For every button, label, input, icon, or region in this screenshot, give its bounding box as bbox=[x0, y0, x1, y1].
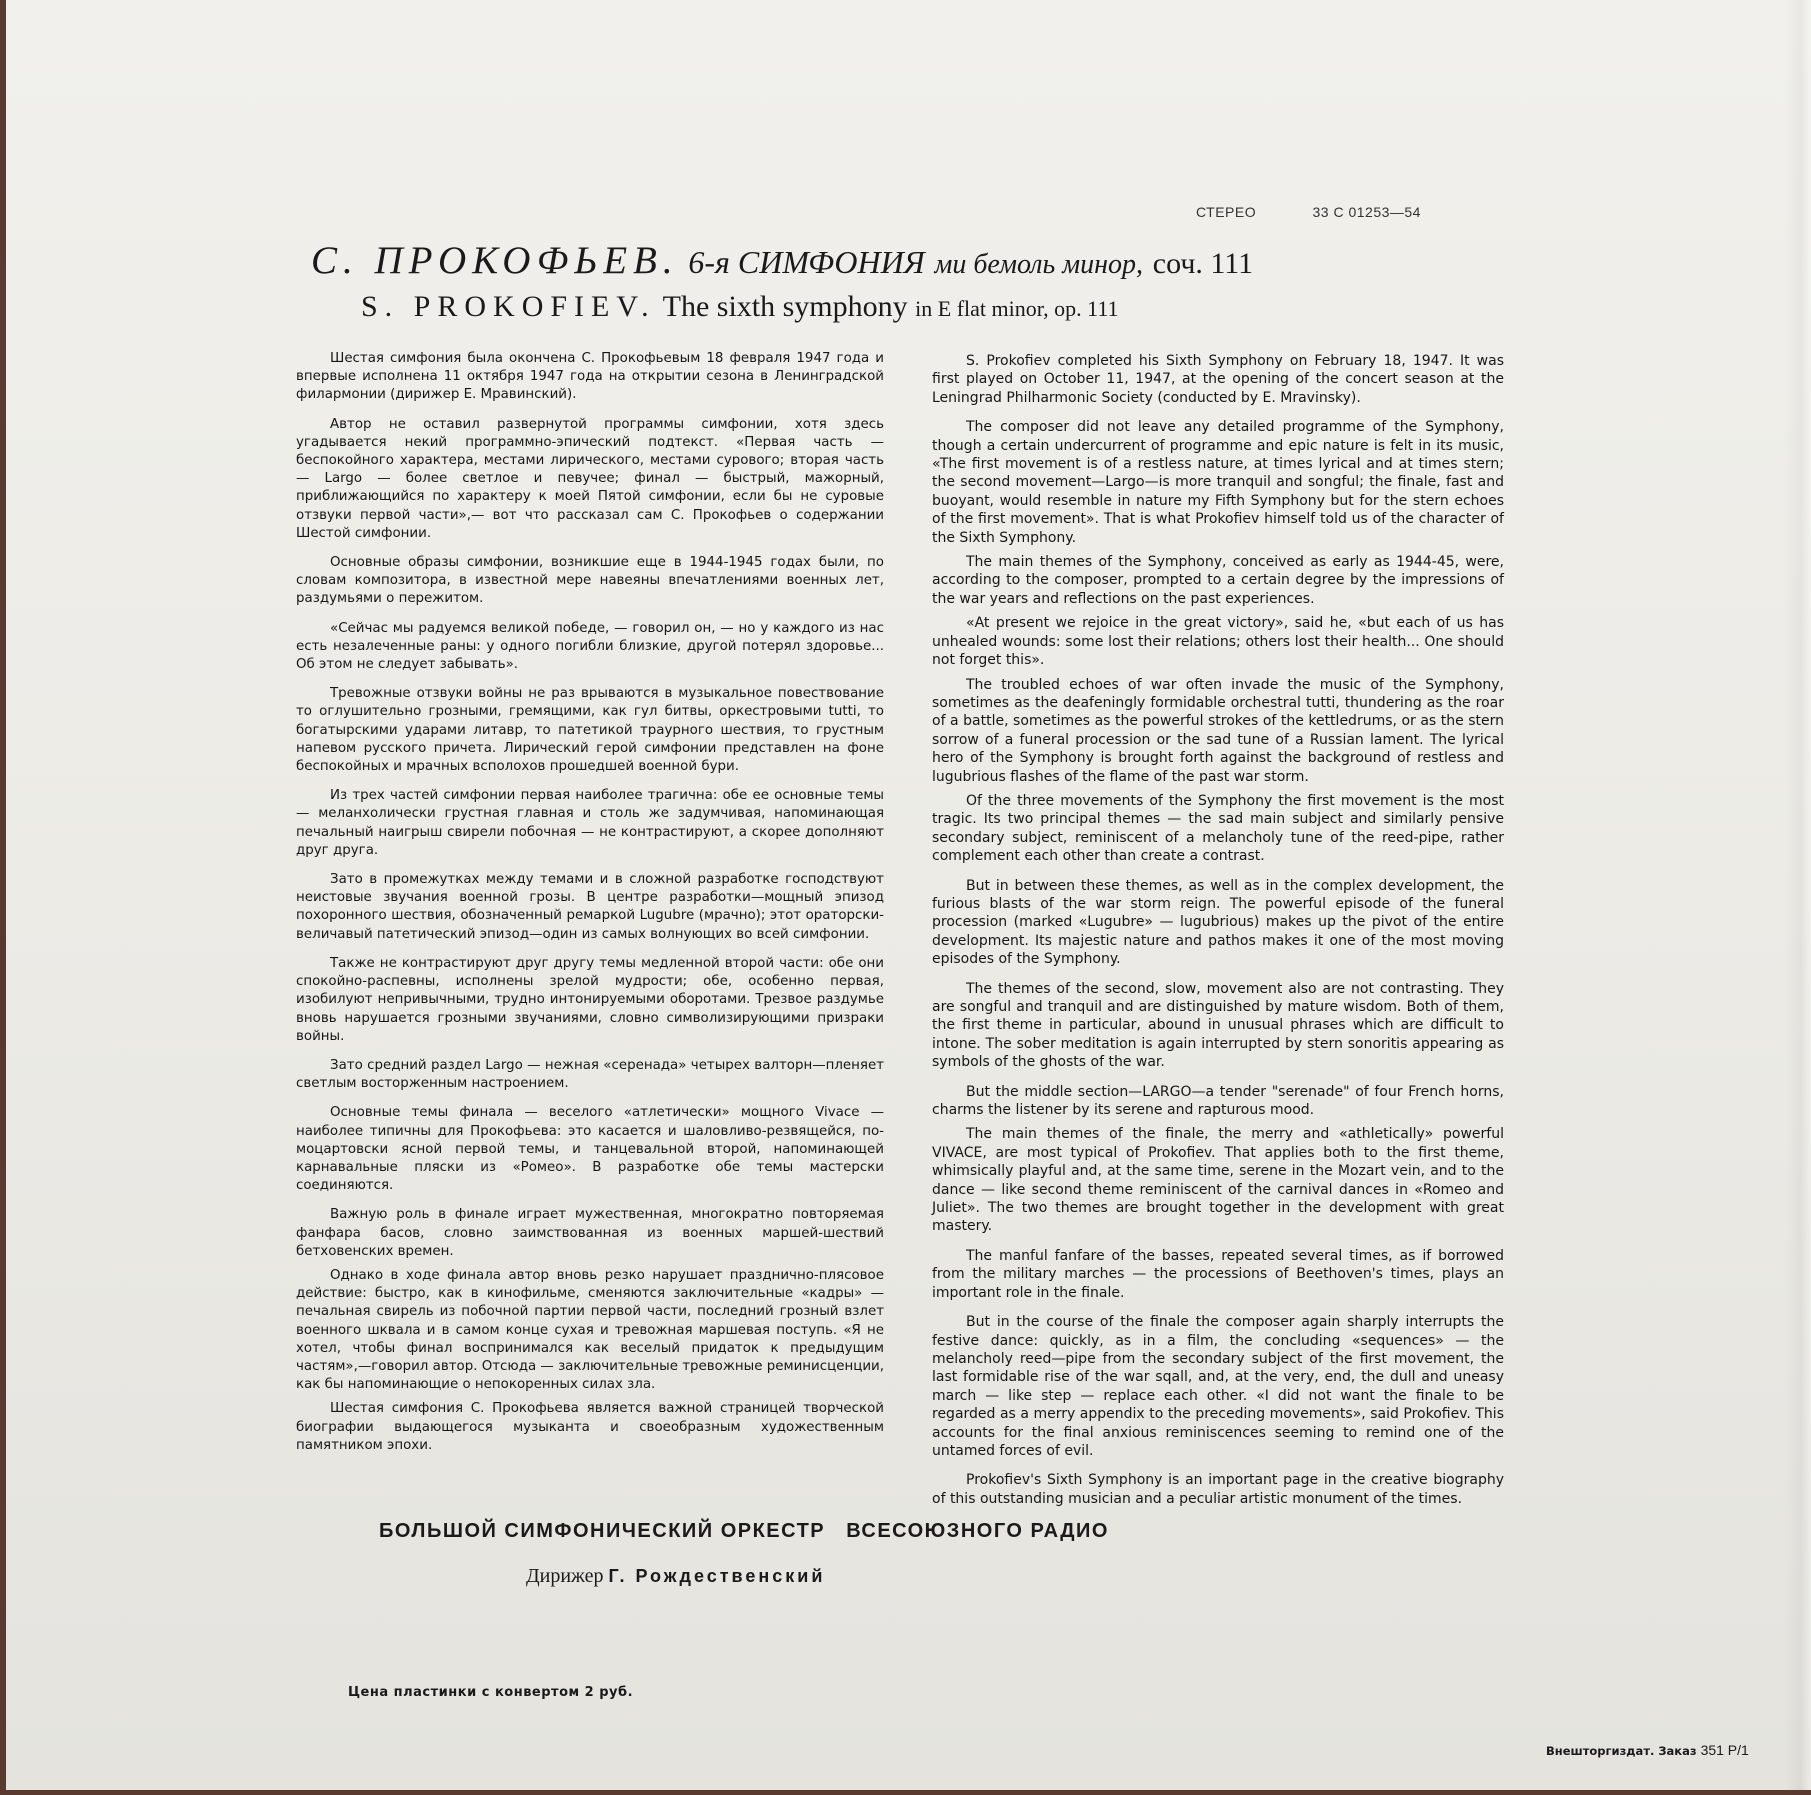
paragraph: Однако в ходе финала автор вновь резко н… bbox=[296, 1267, 884, 1394]
paragraph: «At present we rejoice in the great vict… bbox=[932, 614, 1504, 669]
title-russian: С. ПРОКОФЬЕВ. 6-я СИМФОНИЯ ми бемоль мин… bbox=[311, 238, 1486, 283]
order-code: 351 Р/1 bbox=[1701, 1742, 1749, 1758]
publisher-imprint: Внешторгиздат. Заказ 351 Р/1 bbox=[1546, 1742, 1749, 1758]
paragraph: Основные темы финала — веселого «атлетич… bbox=[296, 1104, 884, 1195]
key-en: in E flat minor, op. 111 bbox=[915, 296, 1118, 321]
format-label: СТЕРЕО bbox=[1196, 204, 1256, 220]
publisher-name: Внешторгиздат. Заказ bbox=[1546, 1744, 1697, 1758]
composer-ru: С. ПРОКОФЬЕВ. bbox=[311, 239, 679, 282]
paragraph: Шестая симфония С. Прокофьева является в… bbox=[296, 1400, 884, 1455]
paragraph: Важную роль в финале играет мужественная… bbox=[296, 1206, 884, 1261]
paragraph: The composer did not leave any detailed … bbox=[932, 418, 1504, 547]
record-sleeve-back: СТЕРЕО 33 С 01253—54 С. ПРОКОФЬЕВ. 6-я С… bbox=[6, 0, 1811, 1790]
paragraph: Автор не оставил развернутой программы с… bbox=[296, 416, 884, 543]
work-en: The sixth symphony bbox=[663, 290, 908, 323]
opus-ru: соч. 111 bbox=[1153, 247, 1253, 280]
key-ru: ми бемоль минор, bbox=[934, 249, 1143, 280]
paragraph: Из трех частей симфонии первая наиболее … bbox=[296, 787, 884, 860]
paragraph: Основные образы симфонии, возникшие еще … bbox=[296, 554, 884, 609]
paragraph: But the middle section—LARGO—a tender "s… bbox=[932, 1083, 1504, 1120]
paragraph: Зато средний раздел Largo — нежная «сере… bbox=[296, 1057, 884, 1093]
paragraph: «Сейчас мы радуемся великой победе, — го… bbox=[296, 620, 884, 675]
catalog-number: 33 С 01253—54 bbox=[1313, 204, 1421, 220]
liner-notes-russian: Шестая симфония была окончена С. Прокофь… bbox=[296, 350, 884, 1466]
paragraph: Также не контрастируют друг другу темы м… bbox=[296, 955, 884, 1046]
price-note: Цена пластинки с конвертом 2 руб. bbox=[348, 1685, 633, 1700]
conductor-name: Г. Рождественский bbox=[608, 1566, 825, 1586]
conductor-credit: Дирижер Г. Рождественский bbox=[526, 1565, 825, 1588]
orchestra-credit: БОЛЬШОЙ СИМФОНИЧЕСКИЙ ОРКЕСТР ВСЕСОЮЗНОГ… bbox=[379, 1520, 1109, 1543]
paragraph: The troubled echoes of war often invade … bbox=[932, 676, 1504, 786]
paragraph: Тревожные отзвуки войны не раз врываются… bbox=[296, 685, 884, 776]
paragraph: The main themes of the Symphony, conceiv… bbox=[932, 553, 1504, 608]
paragraph: Prokofiev's Sixth Symphony is an importa… bbox=[932, 1471, 1504, 1508]
paragraph: But in the course of the finale the comp… bbox=[932, 1313, 1504, 1460]
liner-notes-english: S. Prokofiev completed his Sixth Symphon… bbox=[932, 352, 1504, 1514]
paragraph: But in between these themes, as well as … bbox=[932, 877, 1504, 969]
orchestra-affiliation: ВСЕСОЮЗНОГО РАДИО bbox=[846, 1520, 1109, 1542]
paragraph: The themes of the second, slow, movement… bbox=[932, 980, 1504, 1072]
paragraph: Зато в промежутках между темами и в слож… bbox=[296, 871, 884, 944]
paragraph: Шестая симфония была окончена С. Прокофь… bbox=[296, 350, 884, 405]
paragraph: Of the three movements of the Symphony t… bbox=[932, 792, 1504, 866]
composer-en: S. PROKOFIEV. bbox=[361, 290, 656, 323]
conductor-label: Дирижер bbox=[526, 1565, 603, 1587]
paragraph: The manful fanfare of the basses, repeat… bbox=[932, 1247, 1504, 1302]
paragraph: S. Prokofiev completed his Sixth Symphon… bbox=[932, 352, 1504, 407]
title-english: S. PROKOFIEV. The sixth symphony in E fl… bbox=[361, 290, 1119, 324]
catalog-info: СТЕРЕО 33 С 01253—54 bbox=[1196, 204, 1473, 220]
paragraph: The main themes of the finale, the merry… bbox=[932, 1125, 1504, 1235]
work-ru: 6-я СИМФОНИЯ bbox=[688, 244, 924, 280]
orchestra-name: БОЛЬШОЙ СИМФОНИЧЕСКИЙ ОРКЕСТР bbox=[379, 1520, 825, 1542]
